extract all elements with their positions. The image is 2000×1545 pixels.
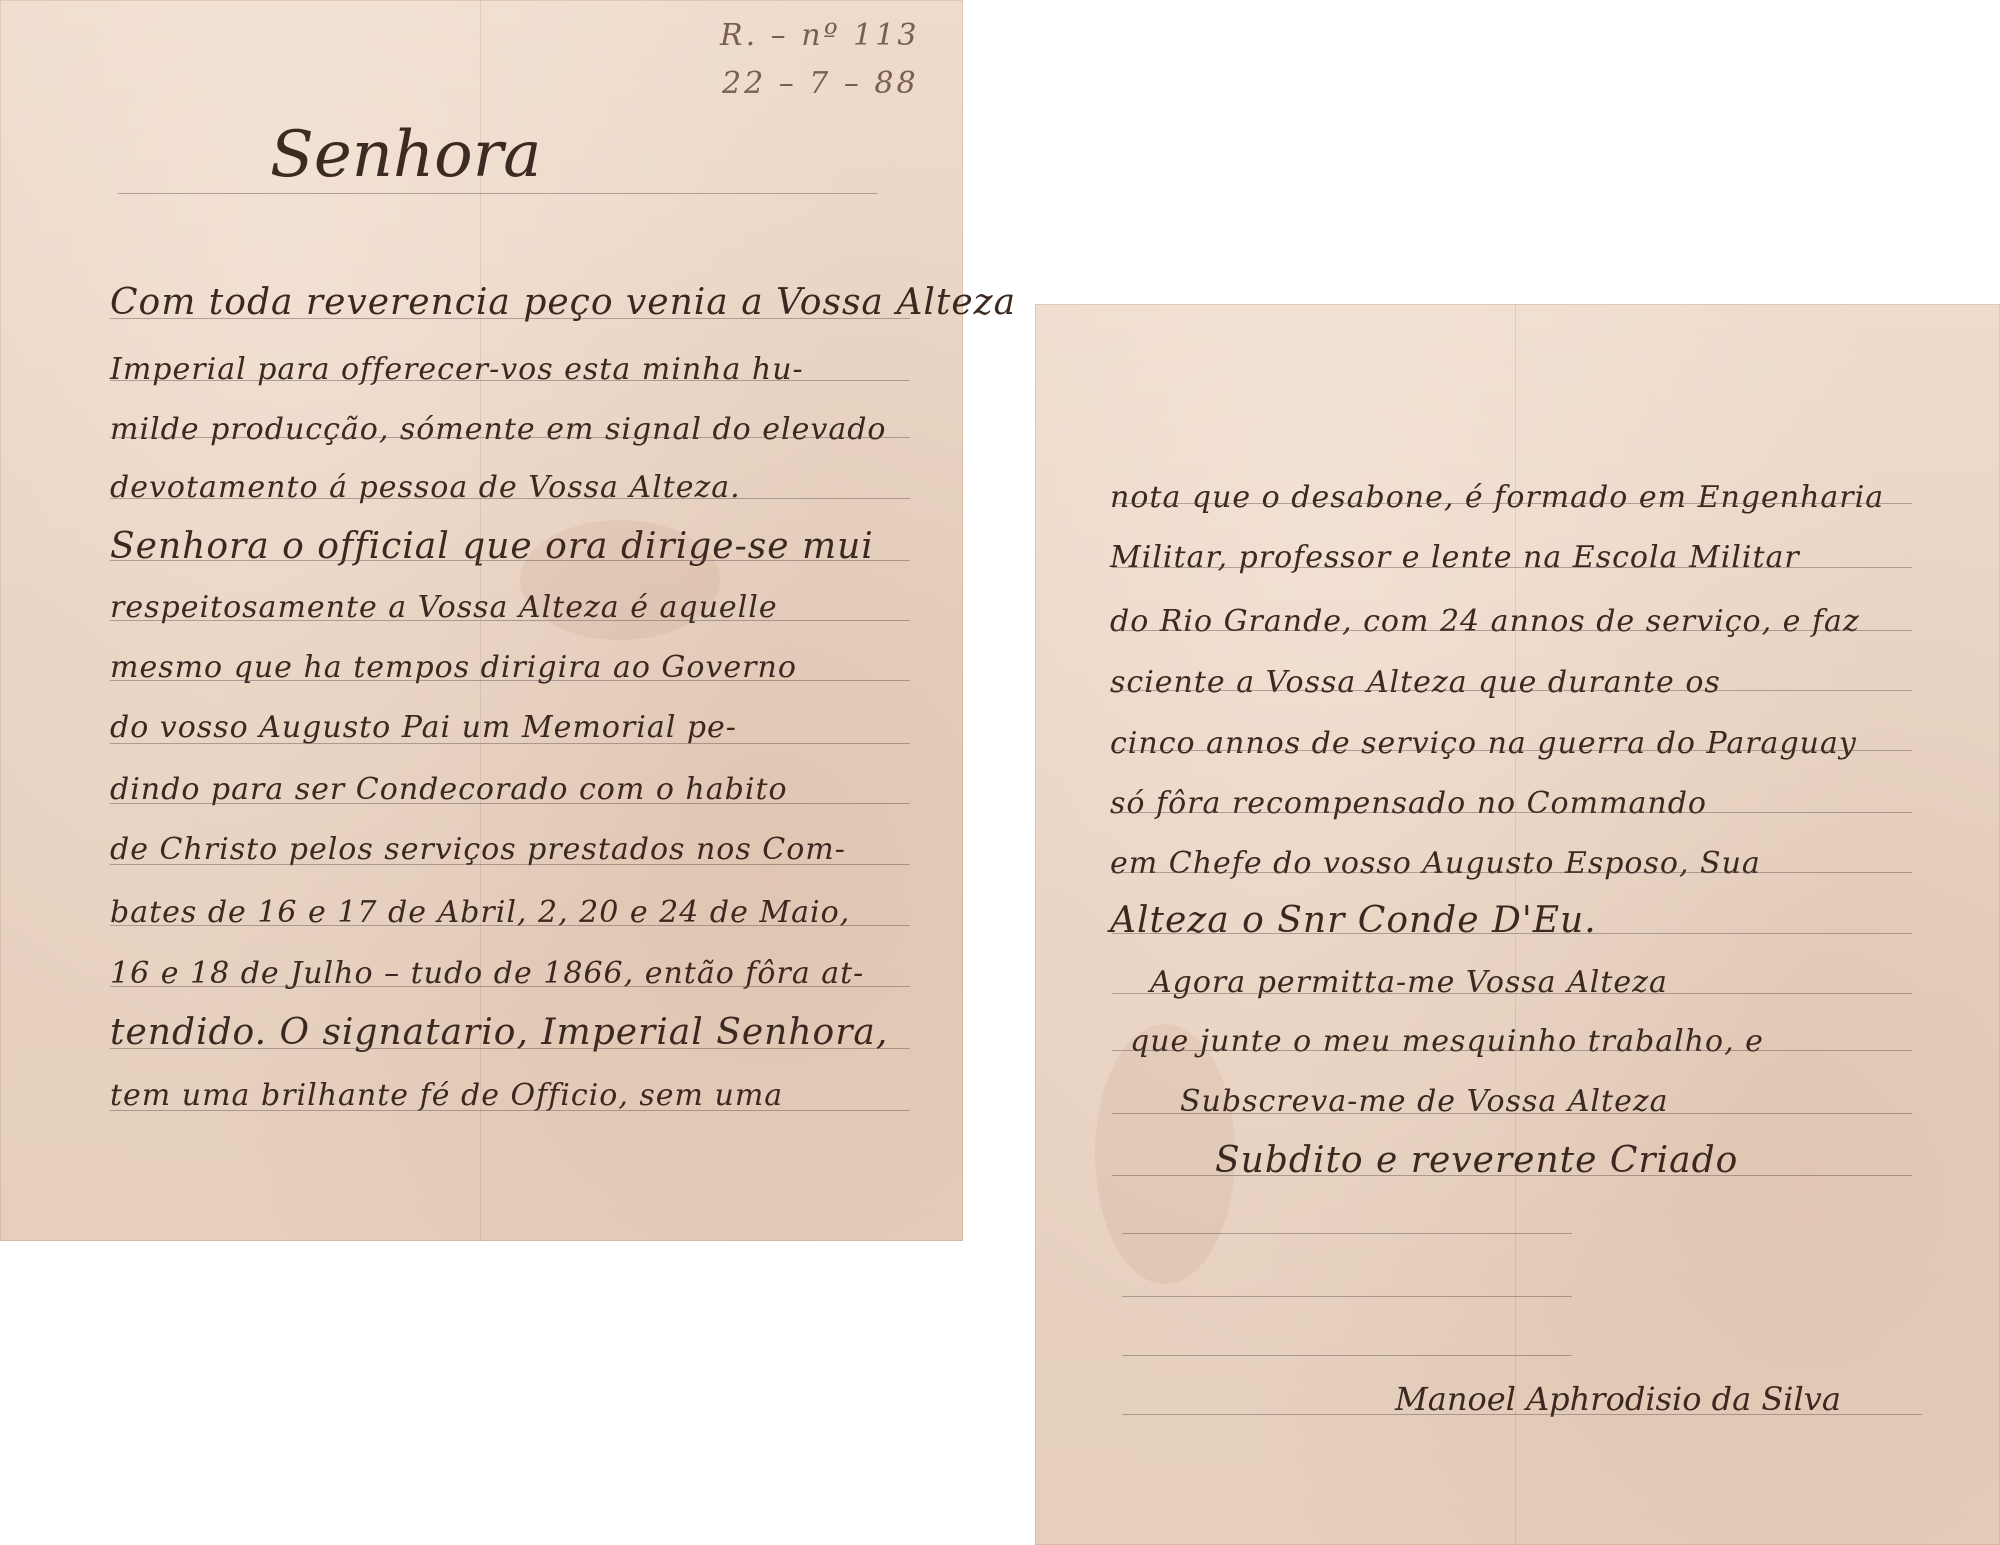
ruled-line: [110, 680, 910, 681]
letter-line: Militar, professor e lente na Escola Mil…: [1110, 540, 1910, 575]
ruled-line: [110, 498, 910, 499]
archive-date: 22 – 7 – 88: [722, 66, 919, 101]
letter-line: cinco annos de serviço na guerra do Para…: [1110, 726, 1910, 761]
ruled-line: [118, 193, 878, 194]
ruled-line: [110, 925, 910, 926]
ruled-line: [110, 743, 910, 744]
letter-line: que junte o meu mesquinho trabalho, e: [1130, 1024, 1930, 1059]
letter-line: Imperial para offerecer-vos esta minha h…: [110, 352, 910, 387]
letter-line: dindo para ser Condecorado com o habito: [110, 772, 910, 807]
ruled-line: [1122, 1233, 1572, 1234]
letter-line: do vosso Augusto Pai um Memorial pe-: [110, 710, 910, 745]
ruled-line: [110, 380, 910, 381]
ruled-line: [1122, 1355, 1572, 1356]
ruled-line: [1122, 1296, 1572, 1297]
ruled-line: [1112, 750, 1912, 751]
archive-reference-number: R. – nº 113: [720, 18, 919, 53]
ruled-line: [110, 437, 910, 438]
paper-stain: [1095, 1024, 1235, 1284]
letter-line: de Christo pelos serviços prestados nos …: [110, 832, 910, 867]
letter-line: em Chefe do vosso Augusto Esposo, Sua: [1110, 846, 1910, 881]
ruled-line: [1112, 630, 1912, 631]
ruled-line: [1112, 503, 1912, 504]
ruled-line: [110, 620, 910, 621]
letter-page-1: R. – nº 113 22 – 7 – 88 Senhora Com toda…: [0, 0, 963, 1241]
ruled-line: [110, 803, 910, 804]
ruled-line: [110, 986, 910, 987]
ruled-line: [1112, 1050, 1912, 1051]
ruled-line: [1112, 812, 1912, 813]
letter-line: só fôra recompensado no Commando: [1110, 786, 1910, 821]
ruled-line: [1112, 993, 1912, 994]
ruled-line: [1112, 872, 1912, 873]
ruled-line: [110, 864, 910, 865]
ruled-line: [110, 318, 910, 319]
letter-line: Alteza o Snr Conde D'Eu.: [1110, 900, 1910, 941]
letter-line: milde producção, sómente em signal do el…: [110, 412, 910, 447]
signature: Manoel Aphrodisio da Silva: [1395, 1380, 1841, 1418]
letter-line: do Rio Grande, com 24 annos de serviço, …: [1110, 604, 1910, 639]
ruled-line: [110, 560, 910, 561]
ruled-line: [110, 1110, 910, 1111]
ruled-line: [110, 1048, 910, 1049]
letter-line: tendido. O signatario, Imperial Senhora,: [110, 1012, 910, 1053]
letter-line: Agora permitta-me Vossa Alteza: [1150, 965, 1950, 1000]
ruled-line: [1112, 1113, 1912, 1114]
ruled-line: [1112, 690, 1912, 691]
ruled-line: [1122, 1414, 1922, 1415]
letter-line: tem uma brilhante fé de Officio, sem uma: [110, 1078, 910, 1113]
letter-line: devotamento á pessoa de Vossa Alteza.: [110, 470, 910, 505]
ruled-line: [1112, 567, 1912, 568]
ruled-line: [1112, 1175, 1912, 1176]
letter-line: Com toda reverencia peço venia a Vossa A…: [110, 282, 910, 323]
salutation: Senhora: [270, 118, 541, 192]
ruled-line: [1112, 933, 1912, 934]
letter-line: sciente a Vossa Alteza que durante os: [1110, 665, 1910, 700]
letter-line: nota que o desabone, é formado em Engenh…: [1110, 480, 1910, 515]
